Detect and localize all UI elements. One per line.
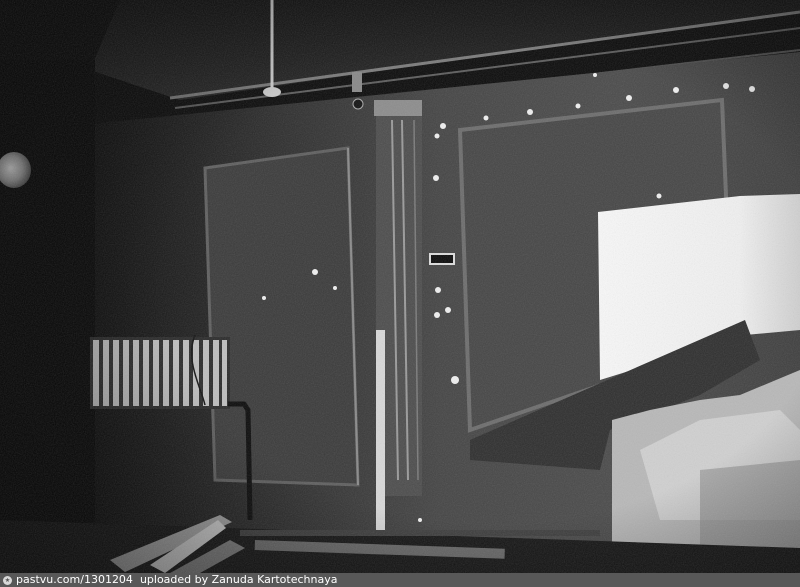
pastvu-star-icon: [3, 576, 12, 585]
uploader-credit: uploaded by Zanuda Kartotechnaya: [140, 573, 338, 587]
caption-bar: pastvu.com/1301204 uploaded by Zanuda Ka…: [0, 573, 800, 587]
archival-photo: [0, 0, 800, 573]
source-link[interactable]: pastvu.com/1301204: [16, 573, 133, 587]
